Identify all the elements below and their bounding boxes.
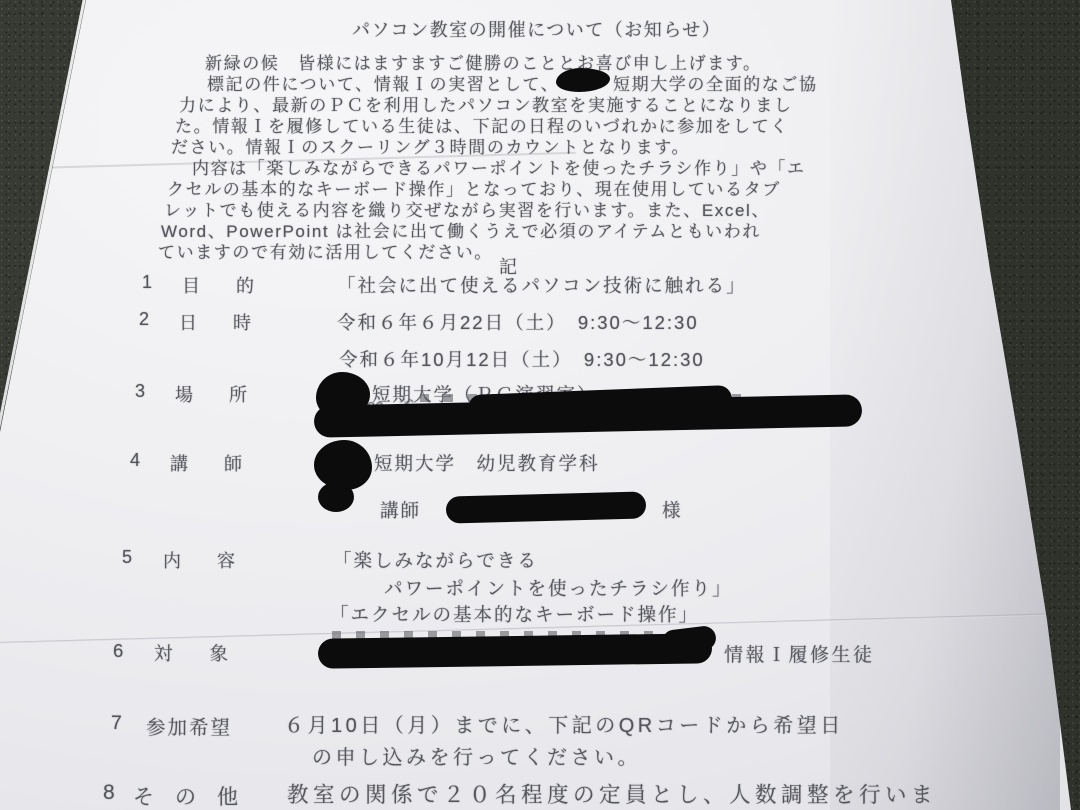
item-5-content-1: 「楽しみながらできる: [333, 547, 538, 573]
redaction-bar-target: [318, 633, 712, 668]
item-5-content-2: パワーポイントを使ったチラシ作り」: [384, 575, 733, 601]
item-6-label: 対 象: [154, 640, 228, 666]
item-4-content: 短期大学 幼児教育学科: [374, 450, 600, 476]
document-title: パソコン教室の開催について（お知らせ）: [352, 16, 721, 42]
item-7-number: 7: [111, 712, 122, 735]
item-5-label: 内 容: [163, 547, 235, 573]
redaction-blob-university-name: [556, 68, 610, 92]
redaction-bar-lecturer-name: [446, 491, 647, 523]
item-2-label: 日 時: [179, 309, 251, 335]
item-7-content-2: の申し込みを行ってください。: [312, 741, 641, 770]
item-4-label: 講 師: [170, 450, 242, 476]
item-1-content: 「社会に出て使えるパソコン技術に触れる」: [337, 272, 747, 298]
item-1-number: 1: [142, 272, 152, 293]
item-6-content: 情報Ｉ履修生徒: [724, 640, 875, 667]
item-4-number: 4: [130, 450, 140, 471]
item-7-label: 参加希望: [146, 712, 232, 740]
item-2-date-1: 令和６年６月22日（土） 9:30～12:30: [337, 309, 699, 335]
item-8-number: 8: [103, 781, 115, 805]
item-6-number: 6: [113, 640, 123, 662]
lecturer-prefix: 講師: [380, 497, 421, 523]
photo-of-document: パソコン教室の開催について（お知らせ） 新緑の候 皆様にはますますご健勝のことと…: [0, 0, 1080, 810]
item-2-number: 2: [139, 309, 149, 330]
item-5-content-3: 「エクセルの基本的なキーボード操作」: [330, 601, 699, 627]
item-1-label: 目 的: [182, 272, 254, 298]
body-line-10: ていますので有効に活用してください。: [158, 238, 493, 263]
item-3-number: 3: [135, 381, 145, 402]
lecturer-suffix: 様: [662, 497, 681, 523]
item-3-label: 場 所: [175, 381, 247, 407]
item-5-number: 5: [122, 547, 132, 568]
redaction-blob-tail: [318, 482, 354, 512]
item-8-label: そ の 他: [133, 781, 238, 810]
item-7-content-1: ６月10日（月）までに、下記のQRコードから希望日: [284, 709, 844, 738]
item-8-content: 教室の関係で２０名程度の定員とし、人数調整を行いま: [287, 783, 937, 810]
item-2-date-2: 令和６年10月12日（土） 9:30～12:30: [339, 346, 705, 372]
